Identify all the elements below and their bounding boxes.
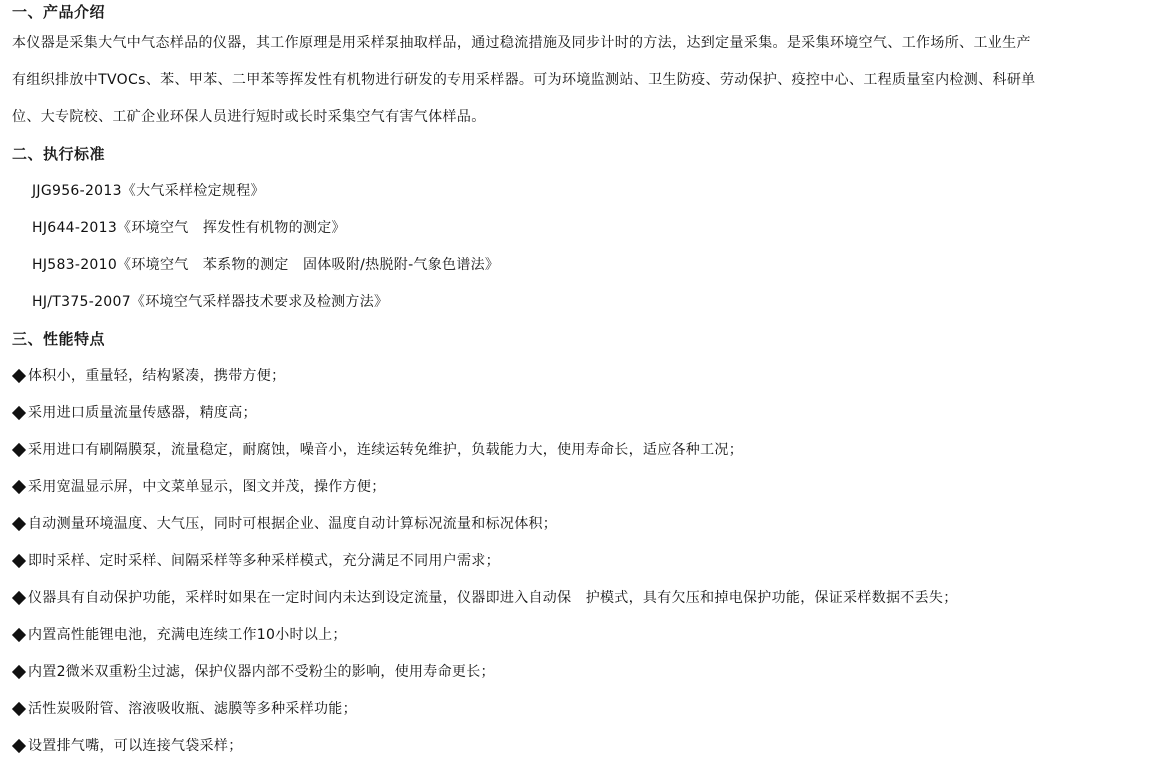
feature-text: 采用进口有刷隔膜泵，流量稳定，耐腐蚀，噪音小，连续运转免维护，负载能力大，使用寿…	[28, 442, 743, 458]
feature-item: 体积小，重量轻，结构紧凑，携带方便；	[12, 358, 1162, 395]
feature-text: 采用进口质量流量传感器，精度高；	[28, 405, 257, 421]
feature-text: 采用宽温显示屏，中文菜单显示，图文并茂，操作方便；	[28, 479, 386, 495]
feature-item: 设置排气嘴，可以连接气袋采样；	[12, 728, 1162, 765]
diamond-bullet-icon	[12, 702, 26, 716]
standard-item: HJ644-2013《环境空气 挥发性有机物的测定》	[12, 210, 1162, 247]
feature-item: 仪器具有自动保护功能，采样时如果在一定时间内未达到设定流量，仪器即进入自动保 护…	[12, 580, 1162, 617]
standard-item: HJ583-2010《环境空气 苯系物的测定 固体吸附/热脱附-气象色谱法》	[12, 247, 1162, 284]
feature-item: 即时采样、定时采样、间隔采样等多种采样模式，充分满足不同用户需求；	[12, 543, 1162, 580]
diamond-bullet-icon	[12, 443, 26, 457]
intro-paragraph-line-1: 本仪器是采集大气中气态样品的仪器，其工作原理是用采样泵抽取样品，通过稳流措施及同…	[12, 25, 1162, 62]
feature-item: 采用进口质量流量传感器，精度高；	[12, 395, 1162, 432]
diamond-bullet-icon	[12, 591, 26, 605]
diamond-bullet-icon	[12, 739, 26, 753]
section-heading-features: 三、性能特点	[12, 321, 1162, 358]
diamond-bullet-icon	[12, 480, 26, 494]
feature-item: 内置高性能锂电池，充满电连续工作10小时以上；	[12, 617, 1162, 654]
feature-item: 自动测量环境温度、大气压，同时可根据企业、温度自动计算标况流量和标况体积；	[12, 506, 1162, 543]
section-heading-intro: 一、产品介绍	[12, 0, 1162, 25]
standard-item: JJG956-2013《大气采样检定规程》	[12, 173, 1162, 210]
feature-text: 即时采样、定时采样、间隔采样等多种采样模式，充分满足不同用户需求；	[28, 553, 500, 569]
feature-text: 体积小，重量轻，结构紧凑，携带方便；	[28, 368, 285, 384]
feature-item: 活性炭吸附管、溶液吸收瓶、滤膜等多种采样功能；	[12, 691, 1162, 728]
diamond-bullet-icon	[12, 369, 26, 383]
section-heading-standards: 二、执行标准	[12, 136, 1162, 173]
diamond-bullet-icon	[12, 517, 26, 531]
standard-item: HJ/T375-2007《环境空气采样器技术要求及检测方法》	[12, 284, 1162, 321]
feature-item: 内置2微米双重粉尘过滤，保护仪器内部不受粉尘的影响，使用寿命更长；	[12, 654, 1162, 691]
intro-paragraph-line-3: 位、大专院校、工矿企业环保人员进行短时或长时采集空气有害气体样品。	[12, 99, 1162, 136]
feature-text: 自动测量环境温度、大气压，同时可根据企业、温度自动计算标况流量和标况体积；	[28, 516, 557, 532]
feature-item: 采用进口有刷隔膜泵，流量稳定，耐腐蚀，噪音小，连续运转免维护，负载能力大，使用寿…	[12, 432, 1162, 469]
diamond-bullet-icon	[12, 665, 26, 679]
feature-text: 内置2微米双重粉尘过滤，保护仪器内部不受粉尘的影响，使用寿命更长；	[28, 664, 495, 680]
feature-text: 内置高性能锂电池，充满电连续工作10小时以上；	[28, 627, 347, 643]
diamond-bullet-icon	[12, 628, 26, 642]
feature-text: 仪器具有自动保护功能，采样时如果在一定时间内未达到设定流量，仪器即进入自动保 护…	[28, 590, 958, 606]
diamond-bullet-icon	[12, 406, 26, 420]
feature-text: 活性炭吸附管、溶液吸收瓶、滤膜等多种采样功能；	[28, 701, 357, 717]
intro-paragraph-line-2: 有组织排放中TVOCs、苯、甲苯、二甲苯等挥发性有机物进行研发的专用采样器。可为…	[12, 62, 1162, 99]
diamond-bullet-icon	[12, 554, 26, 568]
product-document: 一、产品介绍 本仪器是采集大气中气态样品的仪器，其工作原理是用采样泵抽取样品，通…	[12, 0, 1162, 765]
feature-text: 设置排气嘴，可以连接气袋采样；	[28, 738, 243, 754]
feature-item: 采用宽温显示屏，中文菜单显示，图文并茂，操作方便；	[12, 469, 1162, 506]
